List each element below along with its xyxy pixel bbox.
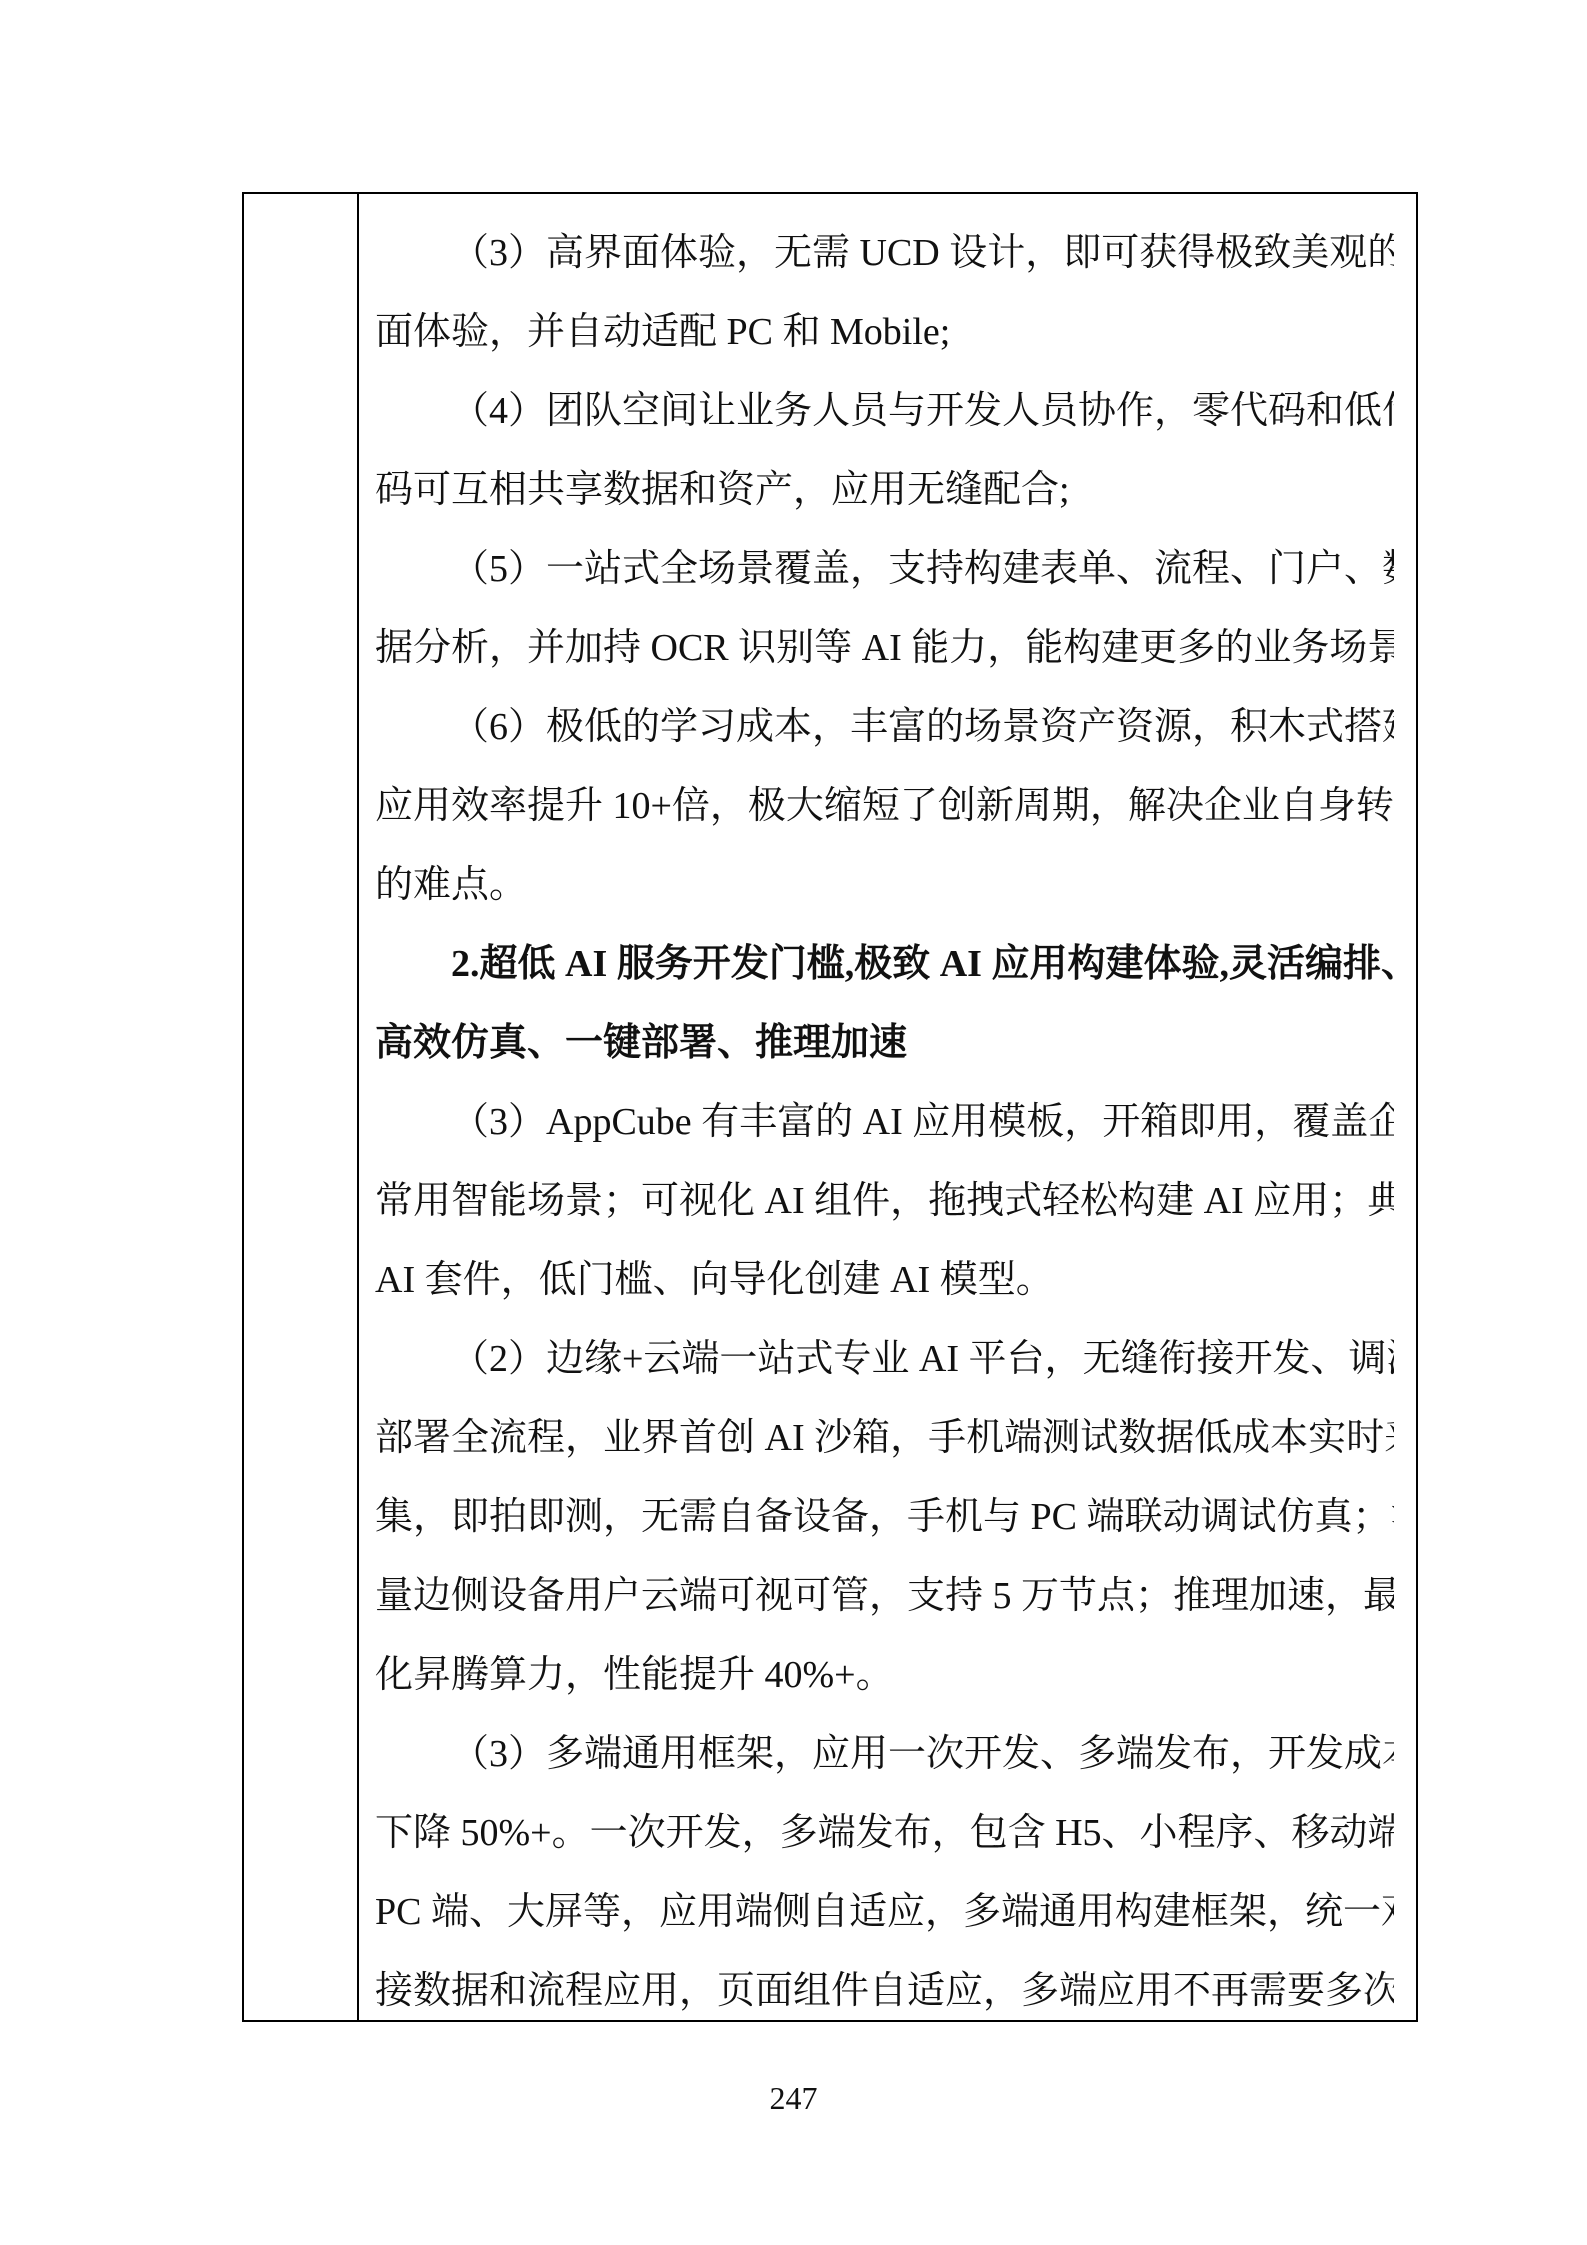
text-line: （4）团队空间让业务人员与开发人员协作，零代码和低代 <box>375 372 1394 451</box>
text-line: 面体验，并自动适配 PC 和 Mobile; <box>375 293 1394 372</box>
content-table: （3）高界面体验，无需 UCD 设计，即可获得极致美观的界 面体验，并自动适配 … <box>242 192 1418 2022</box>
text-line: （3）高界面体验，无需 UCD 设计，即可获得极致美观的界 <box>375 214 1394 293</box>
section-heading-line: 高效仿真、一键部署、推理加速 <box>375 1004 1394 1083</box>
text-line: 应用效率提升 10+倍，极大缩短了创新周期，解决企业自身转型 <box>375 767 1394 846</box>
text-line: 化昇腾算力，性能提升 40%+。 <box>375 1636 1394 1715</box>
text-line: （2）边缘+云端一站式专业 AI 平台，无缝衔接开发、调测、 <box>375 1320 1394 1399</box>
section-heading-line: 2.超低 AI 服务开发门槛,极致 AI 应用构建体验,灵活编排、 <box>375 925 1394 1004</box>
table-cell-content: （3）高界面体验，无需 UCD 设计，即可获得极致美观的界 面体验，并自动适配 … <box>359 194 1416 2020</box>
text-line: AI 套件，低门槛、向导化创建 AI 模型。 <box>375 1241 1394 1320</box>
text-line: （6）极低的学习成本，丰富的场景资产资源，积木式搭建 <box>375 688 1394 767</box>
text-line: 接数据和流程应用，页面组件自适应，多端应用不再需要多次开 <box>375 1952 1394 2020</box>
page-number: 247 <box>0 2078 1587 2118</box>
document-page: （3）高界面体验，无需 UCD 设计，即可获得极致美观的界 面体验，并自动适配 … <box>0 0 1587 2245</box>
text-line: 量边侧设备用户云端可视可管，支持 5 万节点；推理加速，最大 <box>375 1557 1394 1636</box>
text-line: PC 端、大屏等，应用端侧自适应，多端通用构建框架，统一对 <box>375 1873 1394 1952</box>
text-line: 的难点。 <box>375 846 1394 925</box>
text-line: 下降 50%+。一次开发，多端发布，包含 H5、小程序、移动端、 <box>375 1794 1394 1873</box>
text-line: （3）多端通用框架，应用一次开发、多端发布，开发成本 <box>375 1715 1394 1794</box>
text-line: 集，即拍即测，无需自备设备，手机与 PC 端联动调试仿真；海 <box>375 1478 1394 1557</box>
text-line: （3）AppCube 有丰富的 AI 应用模板，开箱即用，覆盖企业 <box>375 1083 1394 1162</box>
text-line: 常用智能场景；可视化 AI 组件，拖拽式轻松构建 AI 应用；典型 <box>375 1162 1394 1241</box>
table-cell-left-empty <box>244 194 359 2020</box>
text-line: 部署全流程，业界首创 AI 沙箱，手机端测试数据低成本实时采 <box>375 1399 1394 1478</box>
text-line: 据分析，并加持 OCR 识别等 AI 能力，能构建更多的业务场景。 <box>375 609 1394 688</box>
text-line: 码可互相共享数据和资产，应用无缝配合; <box>375 451 1394 530</box>
text-line: （5）一站式全场景覆盖，支持构建表单、流程、门户、数 <box>375 530 1394 609</box>
